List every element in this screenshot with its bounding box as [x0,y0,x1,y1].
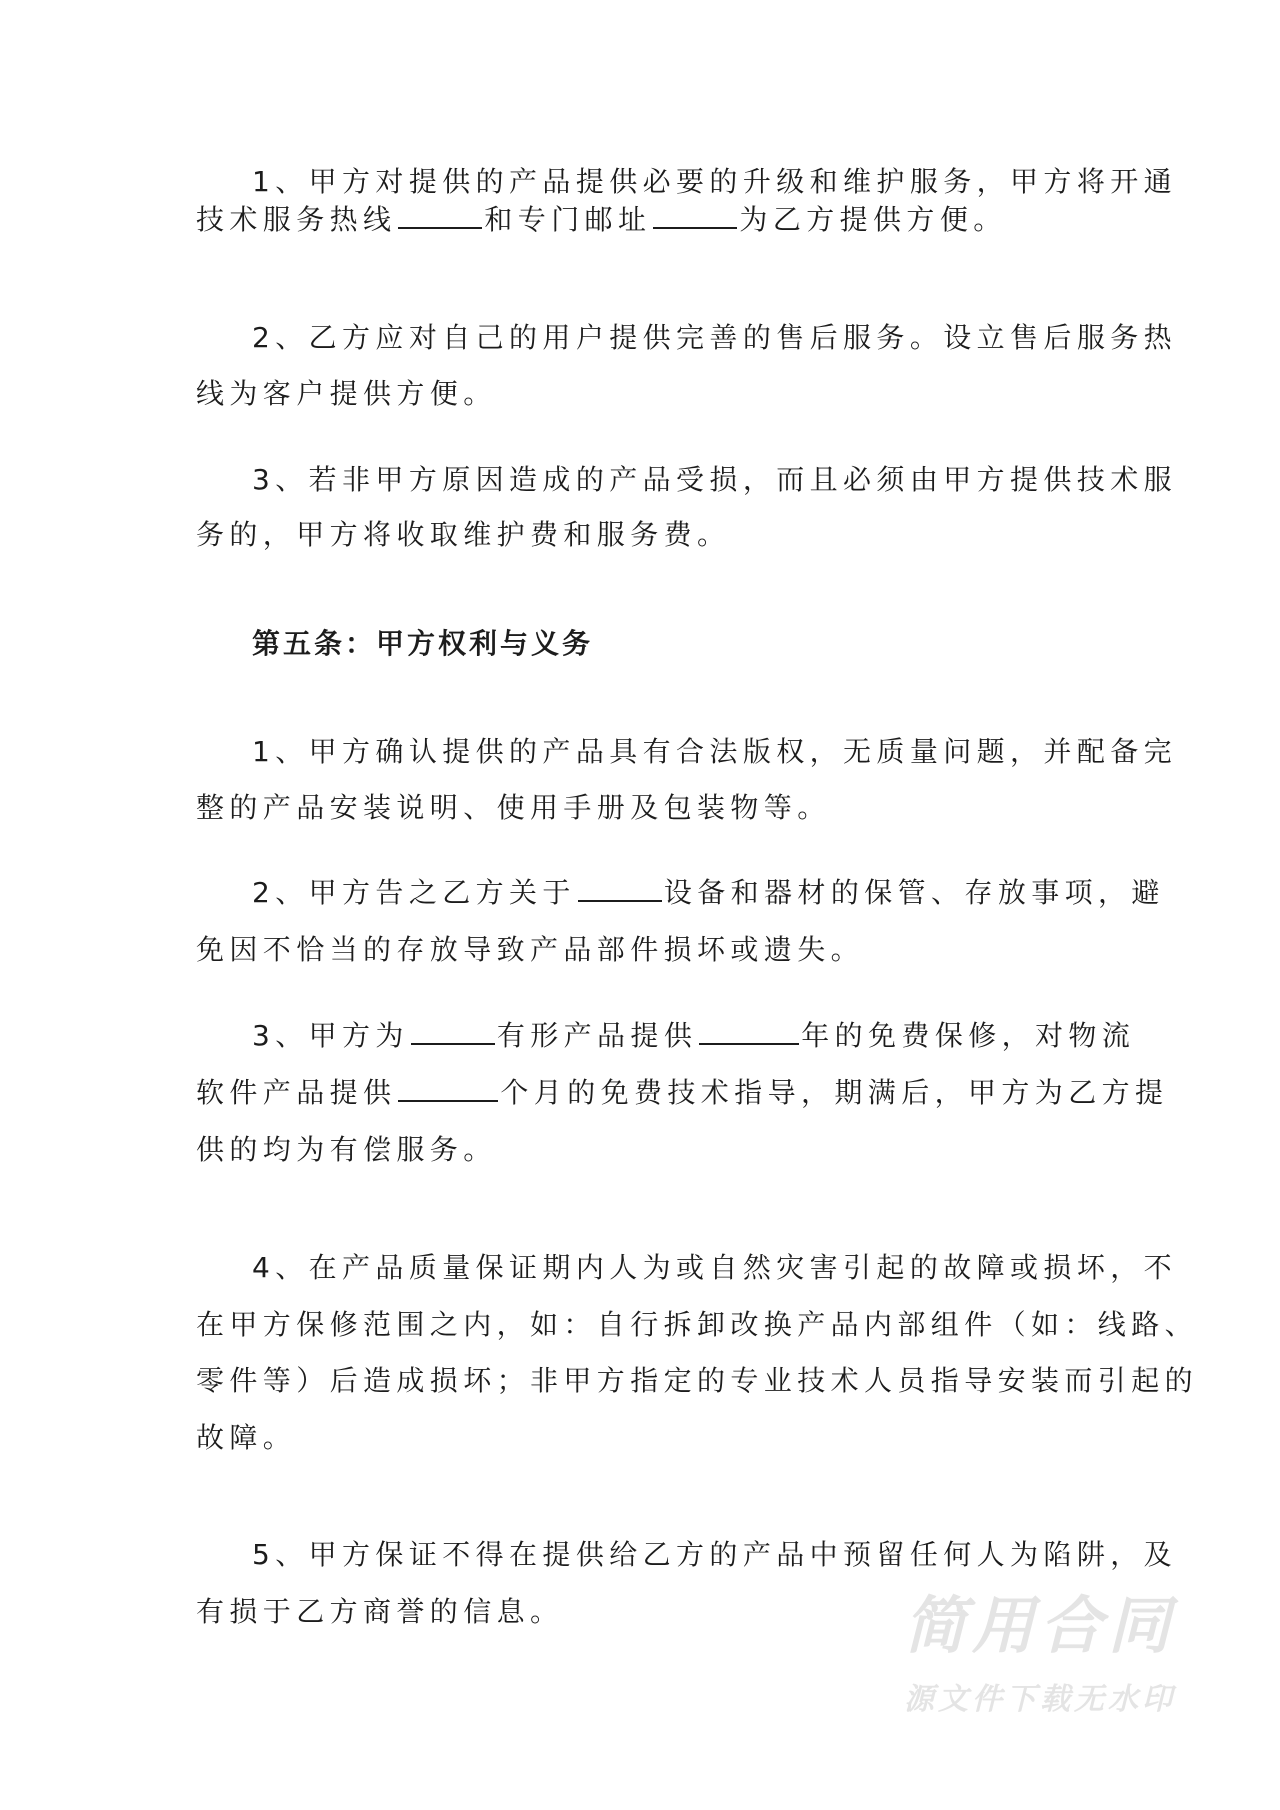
fill-in-blank-hotline[interactable] [398,201,482,229]
paragraph-line: 务的，甲方将收取维护费和服务费。 [196,515,1096,555]
text-segment: 技术服务热线 [196,203,396,236]
fill-in-blank-product[interactable] [411,1017,495,1045]
fill-in-blank-email[interactable] [653,201,737,229]
document-page: 1、甲方对提供的产品提供必要的升级和维护服务，甲方将开通 技术服务热线和专门邮址… [0,0,1280,1810]
paragraph-line: 在甲方保修范围之内，如：自行拆卸改换产品内部组件（如：线路、 [196,1305,1096,1345]
text-segment: 2、甲方告之乙方关于 [252,876,576,909]
text-segment: 个月的免费技术指导，期满后，甲方为乙方提 [500,1076,1168,1109]
text-segment: 设备和器材的保管、存放事项，避 [664,876,1165,909]
watermark-title: 简用合同 [880,1590,1200,1662]
paragraph-line: 5、甲方保证不得在提供给乙方的产品中预留任何人为陷阱，及 [252,1535,1152,1575]
watermark-subtitle: 源文件下载无水印 [880,1680,1200,1720]
text-segment: 为乙方提供方便。 [739,203,1006,236]
text-segment: 3、甲方为 [252,1019,409,1052]
fill-in-blank-guidance-months[interactable] [398,1074,498,1102]
paragraph-line: 2、乙方应对自己的用户提供完善的售后服务。设立售后服务热 [252,318,1152,358]
paragraph-line: 4、在产品质量保证期内人为或自然灾害引起的故障或损坏，不 [252,1248,1152,1288]
paragraph-line: 软件产品提供个月的免费技术指导，期满后，甲方为乙方提 [196,1073,1096,1113]
paragraph-line: 线为客户提供方便。 [196,374,1096,414]
paragraph-line: 故障。 [196,1418,1096,1458]
paragraph-line: 2、甲方告之乙方关于设备和器材的保管、存放事项，避 [252,873,1152,913]
fill-in-blank-equipment[interactable] [578,874,662,902]
paragraph-line: 零件等）后造成损坏；非甲方指定的专业技术人员指导安装而引起的 [196,1361,1096,1401]
paragraph-line: 3、若非甲方原因造成的产品受损，而且必须由甲方提供技术服 [252,460,1152,500]
paragraph-line: 3、甲方为有形产品提供年的免费保修，对物流 [252,1016,1152,1056]
fill-in-blank-warranty-years[interactable] [699,1017,799,1045]
text-segment: 和专门邮址 [484,203,651,236]
paragraph-line: 免因不恰当的存放导致产品部件损坏或遗失。 [196,930,1096,970]
text-segment: 有形产品提供 [497,1019,697,1052]
text-segment: 软件产品提供 [196,1076,396,1109]
watermark: 简用合同 源文件下载无水印 [880,1590,1200,1720]
paragraph-line: 供的均为有偿服务。 [196,1130,1096,1170]
section-heading: 第五条：甲方权利与义务 [252,624,1152,664]
paragraph-line: 技术服务热线和专门邮址为乙方提供方便。 [196,200,1096,240]
paragraph-line: 整的产品安装说明、使用手册及包装物等。 [196,788,1096,828]
text-segment: 年的免费保修，对物流 [801,1019,1135,1052]
paragraph-line: 1、甲方确认提供的产品具有合法版权，无质量问题，并配备完 [252,732,1152,772]
paragraph-line: 1、甲方对提供的产品提供必要的升级和维护服务，甲方将开通 [252,162,1152,202]
